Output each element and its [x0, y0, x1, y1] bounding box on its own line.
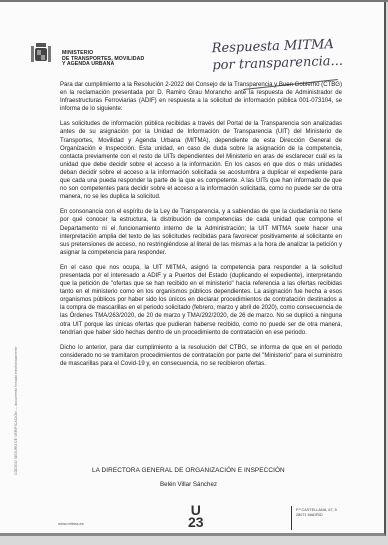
paragraph-case: En el caso que nos ocupa, la UIT MITMA, …: [60, 264, 342, 337]
ministry-line: Y AGENDA URBANA: [62, 62, 144, 68]
footer-address: P.º CASTELLANA, 67, 5 28071 MADRID: [296, 508, 337, 517]
ministry-name: MINISTERIO DE TRANSPORTES, MOVILIDAD Y A…: [62, 51, 144, 68]
ue-logo-bottom: 23: [188, 514, 204, 530]
ue-logo-icon: U 23: [188, 504, 204, 528]
document-page: MINISTERIO DE TRANSPORTES, MOVILIDAD Y A…: [0, 0, 386, 536]
address-line: 28071 MADRID: [296, 513, 337, 518]
paragraph-conclusion: Dicho lo anterior, para dar cumplimiento…: [60, 344, 342, 368]
coat-of-arms-icon: [30, 40, 52, 66]
signature-title: LA DIRECTORA GENERAL DE ORGANIZACIÓN E I…: [92, 467, 285, 474]
document-body: Para dar cumplimiento a la Resolución 2-…: [60, 81, 342, 375]
paragraph-uit-process: Las solicitudes de información pública r…: [60, 120, 342, 201]
paragraph-intro: Para dar cumplimiento a la Resolución 2-…: [60, 81, 342, 113]
signature-name: Belén Villar Sánchez: [160, 481, 217, 488]
footer-divider: [291, 506, 292, 530]
side-margin-verification: CÓDIGO SEGURO DE VERIFICACIÓN — document…: [14, 305, 34, 475]
address-line: P.º CASTELLANA, 67, 5: [296, 508, 337, 513]
footer-website: www.mitma.es: [58, 521, 84, 526]
paragraph-transparency-spirit: En consonancia con el espíritu de la Ley…: [60, 208, 342, 257]
handwritten-line: por transparencia...: [212, 53, 343, 75]
handwritten-annotation: Respuesta MITMA por transparencia...: [211, 36, 343, 75]
scan-edge: [0, 0, 388, 2]
